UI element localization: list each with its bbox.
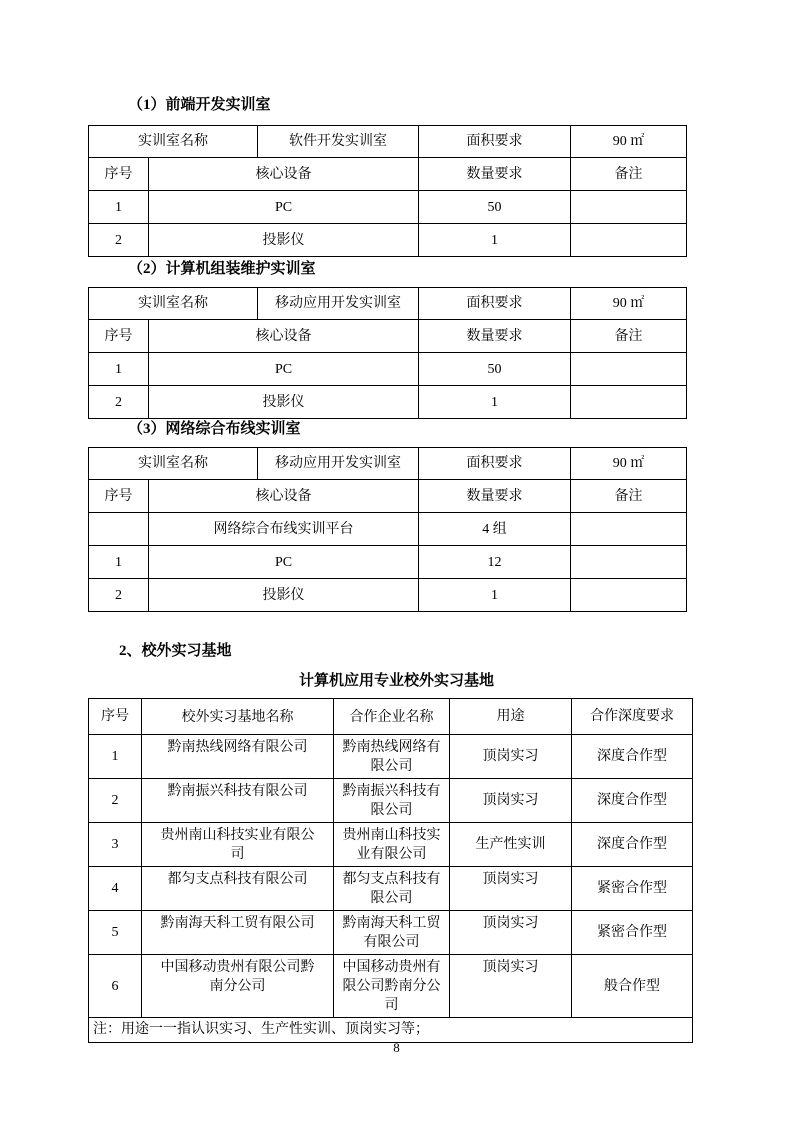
- table-row: 1PC50: [89, 352, 686, 385]
- table-title-cell: 面积要求: [418, 448, 570, 479]
- heading-lab-1: （1）前端开发实训室: [128, 97, 271, 114]
- heading-lab-3: （3）网络综合布线实训室: [128, 421, 301, 438]
- table-row: 序号核心设备数量要求备注: [89, 479, 686, 512]
- table-row: 1PC50: [89, 190, 686, 223]
- table-cell: [570, 579, 686, 611]
- header-cell: 序号: [89, 699, 141, 734]
- table-row: 2投影仪1: [89, 223, 686, 256]
- table-cell: 顶岗实习: [449, 955, 571, 1017]
- header-cell: 序号: [89, 320, 148, 352]
- table-cell: 投影仪: [148, 386, 418, 418]
- table-row: 2黔南振兴科技有限公司黔南振兴科技有限公司顶岗实习深度合作型: [89, 778, 692, 822]
- table-cell: [570, 546, 686, 578]
- heading-external-bases: 2、校外实习基地: [119, 643, 232, 660]
- table-row: 网络综合布线实训平台4 组: [89, 512, 686, 545]
- table-cell: 顶岗实习: [449, 867, 571, 910]
- table-cell: 50: [418, 353, 570, 385]
- table-row: 实训室名称移动应用开发实训室面积要求90 ㎡: [89, 288, 686, 319]
- table-row: 1PC12: [89, 545, 686, 578]
- table-title-cell: 90 ㎡: [570, 288, 686, 319]
- table-cell: 顶岗实习: [449, 911, 571, 954]
- external-bases-table: 序号校外实习基地名称合作企业名称用途合作深度要求1黔南热线网络有限公司黔南热线网…: [88, 698, 693, 1043]
- table-row: 序号核心设备数量要求备注: [89, 157, 686, 190]
- table-cell: 5: [89, 911, 141, 954]
- table-cell: 投影仪: [148, 579, 418, 611]
- table-cell: 顶岗实习: [449, 779, 571, 822]
- header-cell: 核心设备: [148, 158, 418, 190]
- table-title-cell: 90 ㎡: [570, 448, 686, 479]
- header-cell: 备注: [570, 320, 686, 352]
- table-cell: 都匀支点科技有限公司: [141, 867, 333, 910]
- table-row: 实训室名称软件开发实训室面积要求90 ㎡: [89, 126, 686, 157]
- header-cell: 数量要求: [418, 480, 570, 512]
- table-row: 1黔南热线网络有限公司黔南热线网络有限公司顶岗实习深度合作型: [89, 734, 692, 778]
- table-cell: 黔南热线网络有限公司: [333, 735, 449, 778]
- table-cell: [570, 386, 686, 418]
- table-cell: PC: [148, 546, 418, 578]
- table-cell: 般合作型: [571, 955, 692, 1017]
- document-page: （1）前端开发实训室 实训室名称软件开发实训室面积要求90 ㎡序号核心设备数量要…: [0, 0, 793, 1122]
- lab-table-3: 实训室名称移动应用开发实训室面积要求90 ㎡序号核心设备数量要求备注网络综合布线…: [88, 447, 687, 612]
- table-cell: 深度合作型: [571, 823, 692, 866]
- table-cell: 中国移动贵州有限公司黔南分公司: [333, 955, 449, 1017]
- table-row: 序号核心设备数量要求备注: [89, 319, 686, 352]
- table-cell: 1: [89, 546, 148, 578]
- table-cell: 6: [89, 955, 141, 1017]
- header-cell: 数量要求: [418, 158, 570, 190]
- table-cell: [570, 224, 686, 256]
- table-note: 注：用途一一指认识实习、生产性实训、顶岗实习等；: [89, 1017, 692, 1042]
- header-cell: 序号: [89, 158, 148, 190]
- table-cell: 2: [89, 386, 148, 418]
- page-number: 8: [0, 1040, 793, 1056]
- header-row: 序号校外实习基地名称合作企业名称用途合作深度要求: [89, 699, 692, 734]
- table-cell: 2: [89, 224, 148, 256]
- table-title-cell: 移动应用开发实训室: [257, 288, 418, 319]
- table-cell: 黔南海天科工贸有限公司: [333, 911, 449, 954]
- table-cell: 黔南振兴科技有限公司: [141, 779, 333, 822]
- table-title-cell: 90 ㎡: [570, 126, 686, 157]
- external-table-title: 计算机应用专业校外实习基地: [0, 669, 793, 690]
- table-cell: 1: [418, 224, 570, 256]
- table-cell: 1: [418, 386, 570, 418]
- header-cell: 备注: [570, 158, 686, 190]
- table-cell: 网络综合布线实训平台: [148, 513, 418, 545]
- table-cell: 4 组: [418, 513, 570, 545]
- header-cell: 数量要求: [418, 320, 570, 352]
- table-row: 2投影仪1: [89, 578, 686, 611]
- header-cell: 用途: [449, 699, 571, 734]
- header-cell: 校外实习基地名称: [141, 699, 333, 734]
- table-row: 4都匀支点科技有限公司都匀支点科技有限公司顶岗实习紧密合作型: [89, 866, 692, 910]
- table-title-cell: 实训室名称: [89, 448, 257, 479]
- table-row: 3贵州南山科技实业有限公司贵州南山科技实业有限公司生产性实训深度合作型: [89, 822, 692, 866]
- table-cell: 3: [89, 823, 141, 866]
- table-cell: 黔南振兴科技有限公司: [333, 779, 449, 822]
- header-cell: 核心设备: [148, 320, 418, 352]
- table-title-cell: 面积要求: [418, 126, 570, 157]
- header-cell: 合作深度要求: [571, 699, 692, 734]
- table-cell: 紧密合作型: [571, 911, 692, 954]
- table-cell: 4: [89, 867, 141, 910]
- table-cell: 50: [418, 191, 570, 223]
- table-title-cell: 实训室名称: [89, 288, 257, 319]
- header-cell: 序号: [89, 480, 148, 512]
- table-cell: 紧密合作型: [571, 867, 692, 910]
- table-cell: [570, 191, 686, 223]
- lab-table-1: 实训室名称软件开发实训室面积要求90 ㎡序号核心设备数量要求备注1PC502投影…: [88, 125, 687, 257]
- header-cell: 合作企业名称: [333, 699, 449, 734]
- table-cell: [570, 513, 686, 545]
- table-row: 实训室名称移动应用开发实训室面积要求90 ㎡: [89, 448, 686, 479]
- table-cell: 贵州南山科技实业有限公司: [141, 823, 333, 866]
- table-cell: 深度合作型: [571, 735, 692, 778]
- table-cell: 顶岗实习: [449, 735, 571, 778]
- table-cell: 1: [418, 579, 570, 611]
- table-row: 2投影仪1: [89, 385, 686, 418]
- table-cell: PC: [148, 353, 418, 385]
- table-cell: 生产性实训: [449, 823, 571, 866]
- heading-lab-2: （2）计算机组装维护实训室: [128, 261, 316, 278]
- table-cell: 投影仪: [148, 224, 418, 256]
- table-cell: 1: [89, 353, 148, 385]
- table-row: 5黔南海天科工贸有限公司黔南海天科工贸有限公司顶岗实习紧密合作型: [89, 910, 692, 954]
- table-cell: [570, 353, 686, 385]
- table-title-cell: 软件开发实训室: [257, 126, 418, 157]
- table-cell: PC: [148, 191, 418, 223]
- lab-table-2: 实训室名称移动应用开发实训室面积要求90 ㎡序号核心设备数量要求备注1PC502…: [88, 287, 687, 419]
- table-cell: 2: [89, 579, 148, 611]
- table-cell: 中国移动贵州有限公司黔南分公司: [141, 955, 333, 1017]
- table-cell: 12: [418, 546, 570, 578]
- table-cell: 1: [89, 735, 141, 778]
- table-cell: 贵州南山科技实业有限公司: [333, 823, 449, 866]
- header-cell: 备注: [570, 480, 686, 512]
- table-cell: 深度合作型: [571, 779, 692, 822]
- table-cell: 1: [89, 191, 148, 223]
- table-row: 6中国移动贵州有限公司黔南分公司中国移动贵州有限公司黔南分公司顶岗实习般合作型: [89, 954, 692, 1017]
- header-cell: 核心设备: [148, 480, 418, 512]
- table-cell: [89, 513, 148, 545]
- table-title-cell: 实训室名称: [89, 126, 257, 157]
- table-title-cell: 面积要求: [418, 288, 570, 319]
- table-cell: 黔南海天科工贸有限公司: [141, 911, 333, 954]
- table-title-cell: 移动应用开发实训室: [257, 448, 418, 479]
- table-cell: 黔南热线网络有限公司: [141, 735, 333, 778]
- table-cell: 都匀支点科技有限公司: [333, 867, 449, 910]
- table-cell: 2: [89, 779, 141, 822]
